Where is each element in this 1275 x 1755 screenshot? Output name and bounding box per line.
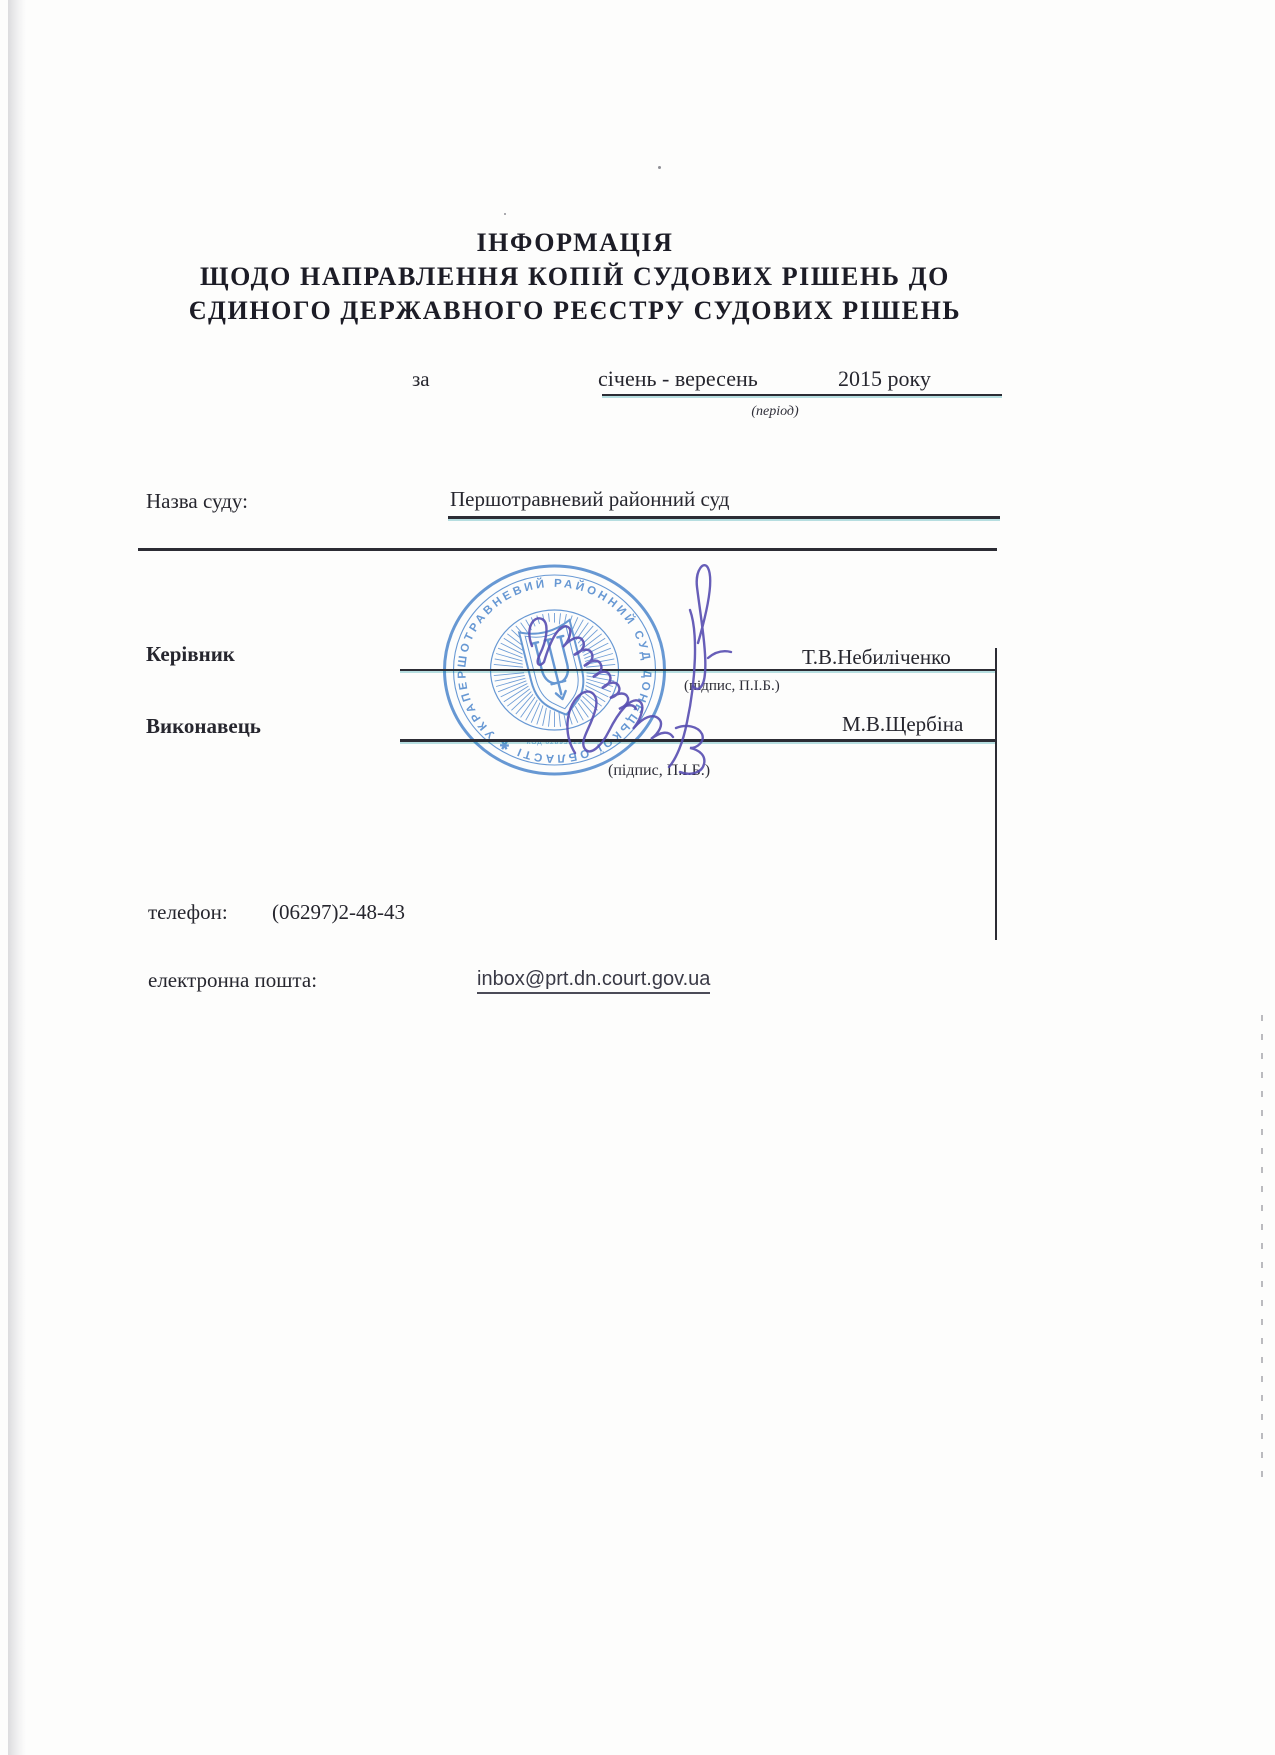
scan-speck — [658, 166, 661, 169]
court-name-underline — [448, 516, 1000, 519]
signature-stroke-vykonavets — [567, 610, 704, 774]
court-name-label: Назва суду: — [146, 489, 248, 514]
scan-speck — [504, 213, 506, 215]
phone-value: (06297)2-48-43 — [272, 900, 405, 925]
scan-edge-dashes — [1261, 1015, 1263, 1485]
signature-stroke-kerivnyk — [529, 565, 731, 709]
email-label: електронна пошта: — [148, 968, 317, 993]
period-year: 2015 року — [838, 366, 931, 392]
period-value: січень - вересень — [598, 366, 758, 392]
phone-label: телефон: — [148, 900, 228, 925]
report-title-line-2: ЩОДО НАПРАВЛЕННЯ КОПІЙ СУДОВИХ РІШЕНЬ ДО — [75, 260, 1075, 294]
email-value: inbox@prt.dn.court.gov.ua — [477, 968, 710, 994]
handwritten-signatures — [480, 540, 780, 800]
scan-edge-shadow — [8, 0, 26, 1755]
report-title-line-3: ЄДИНОГО ДЕРЖАВНОГО РЕЄСТРУ СУДОВИХ РІШЕН… — [75, 294, 1075, 328]
report-title-line-1: ІНФОРМАЦІЯ — [75, 226, 1075, 260]
court-name-value: Першотравневий районний суд — [450, 487, 729, 512]
signatory-name-vykonavets: М.В.Щербіна — [842, 712, 963, 737]
signatory-name-kerivnyk: Т.В.Небиліченко — [802, 645, 951, 670]
period-caption: (період) — [690, 404, 860, 420]
signatory-role-vykonavets: Виконавець — [146, 714, 261, 739]
scanned-document-page: ІНФОРМАЦІЯ ЩОДО НАПРАВЛЕННЯ КОПІЙ СУДОВИ… — [0, 0, 1275, 1755]
period-prefix: за — [412, 367, 430, 392]
signatory-role-kerivnyk: Керівник — [146, 642, 235, 667]
right-vertical-rule — [995, 648, 997, 940]
report-title: ІНФОРМАЦІЯ ЩОДО НАПРАВЛЕННЯ КОПІЙ СУДОВИ… — [75, 226, 1075, 328]
period-underline — [602, 394, 1002, 396]
